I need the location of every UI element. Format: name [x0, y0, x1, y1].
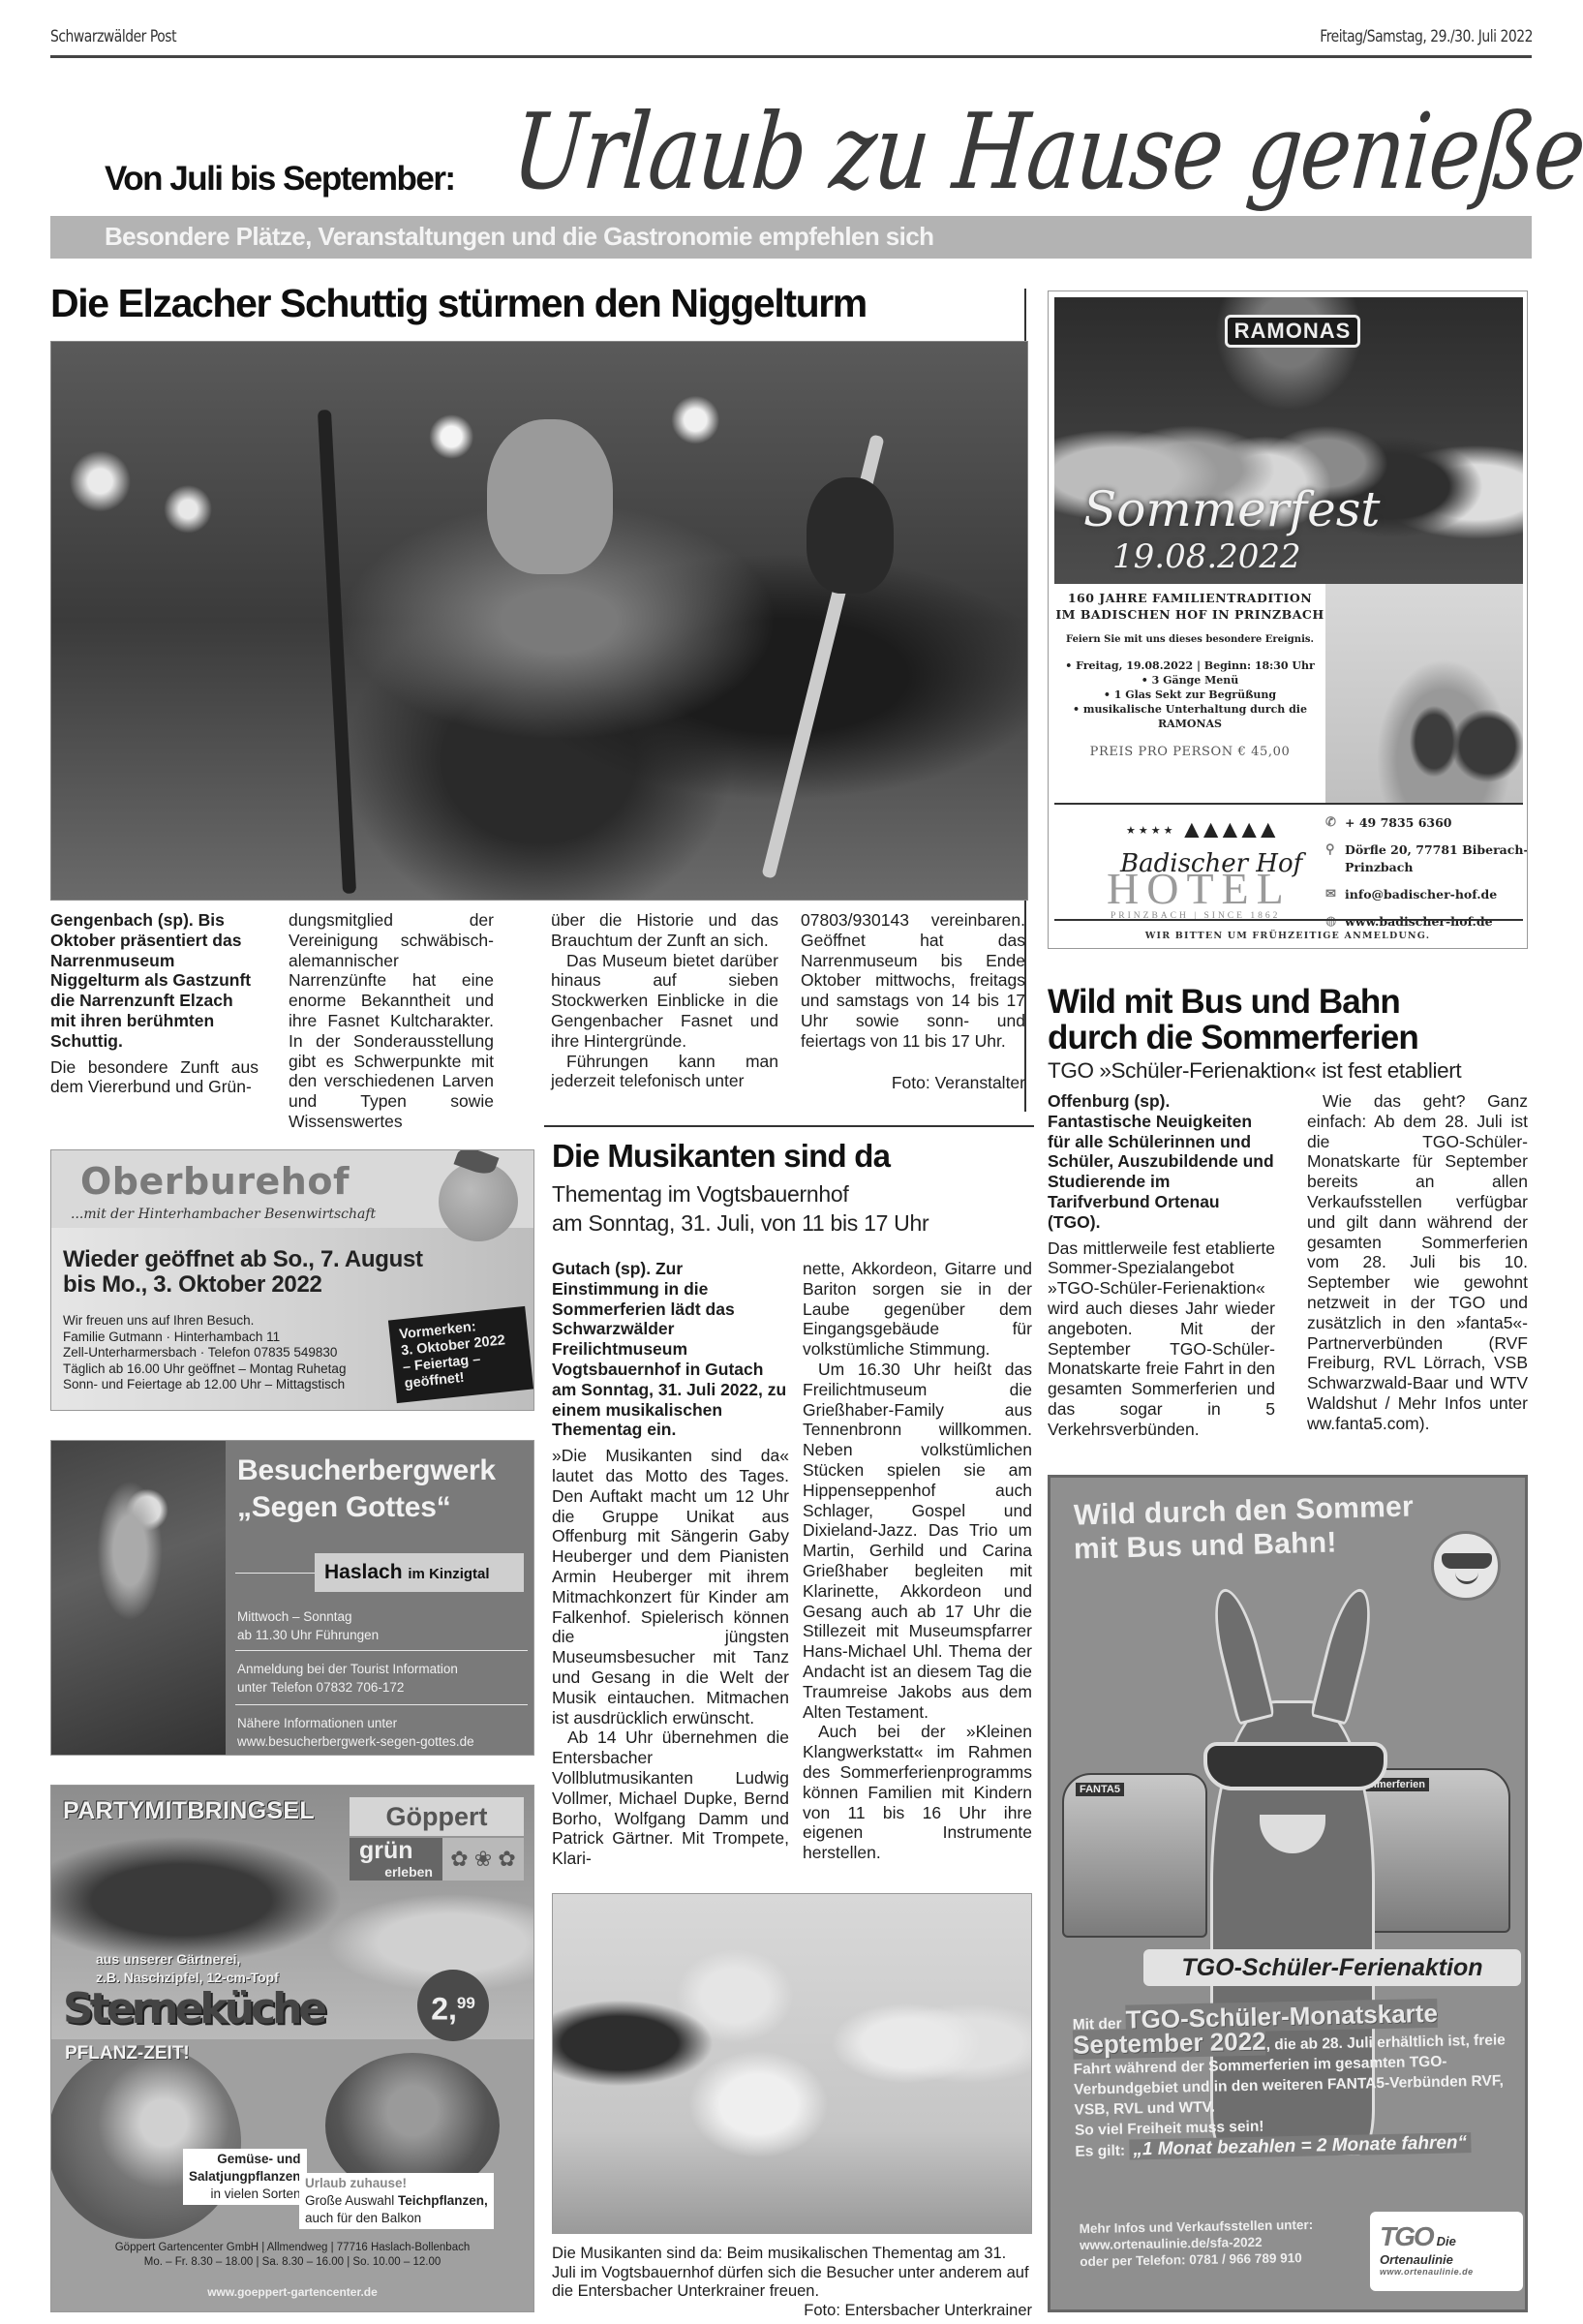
photo-credit: Foto: Entersbacher Unterkrainer [552, 2302, 1032, 2321]
tgo-column-1: Offenburg (sp). Fantastische Neuigkeiten… [1048, 1091, 1275, 1440]
musicians-photo [552, 1893, 1032, 2234]
bullet-item: • 3 Gänge Menü [1054, 673, 1325, 688]
tgo-ad-contact: Mehr Infos und Verkaufsstellen unter: ww… [1080, 2217, 1314, 2270]
goeppert-brand: Göppert [350, 1797, 524, 1836]
price-badge: 2,99 [417, 1970, 489, 2041]
event-script-title: Sommerfest [1083, 481, 1381, 537]
title-line: Besucherbergwerk [237, 1452, 496, 1489]
lead-body: 07803/930143 vereinbaren. Geöffnet hat d… [801, 910, 1025, 1052]
hotel-sommerfest-ad: RAMONAS Sommerfest 19.08.2022 160 JAHRE … [1048, 290, 1528, 949]
bullet-item: • Freitag, 19.08.2022 | Beginn: 18:30 Uh… [1054, 658, 1325, 673]
tgo-body: Das mittlerweile fest etablierte Sommer-… [1048, 1238, 1275, 1440]
bullet-item: • musikalische Unterhaltung durch die RA… [1054, 702, 1325, 731]
mine-visitors-photo [51, 1441, 226, 1755]
hotel-website[interactable]: www.badischer-hof.de [1345, 913, 1493, 931]
photo-credit: Foto: Veranstalter [801, 1073, 1025, 1093]
invite-text: Feiern Sie mit uns dieses besondere Erei… [1054, 634, 1325, 645]
september-highlight: September 2022 [1073, 2027, 1266, 2060]
lead-body: über die Historie und das Brauchtum der … [551, 910, 778, 951]
opening-line: Wieder geöffnet ab So., 7. August [63, 1247, 423, 1272]
llama-mouth [1260, 1815, 1325, 1853]
contact-phone[interactable]: oder per Telefon: 0781 / 966 789 910 [1080, 2249, 1314, 2270]
tgo-headline: Wild mit Bus und Bahn durch die Sommerfe… [1048, 984, 1418, 1055]
event-details: 160 JAHRE FAMILIENTRADITION IM BADISCHEN… [1054, 584, 1325, 759]
info-line: Zell-Unterharmersbach · Telefon 07835 54… [63, 1345, 346, 1361]
hotel-address: Dörfle 20, 77781 Biberach-Prinzbach [1345, 841, 1528, 876]
hotel-email[interactable]: info@badischer-hof.de [1345, 886, 1497, 903]
bullet-item: • 1 Glas Sekt zur Begrüßung [1054, 688, 1325, 702]
logo-url[interactable]: www.ortenaulinie.de [1380, 2267, 1513, 2277]
info-line: Nähere Informationen unter [237, 1714, 474, 1732]
hotel-contact: ✆+ 49 7835 6360 ⚲Dörfle 20, 77781 Bibera… [1325, 814, 1528, 940]
musicians-caption: Die Musikanten sind da: Beim musikalisch… [552, 2245, 1032, 2320]
box-line: auch für den Balkon [305, 2210, 488, 2227]
booking-line: Anmeldung bei der Tourist Information [237, 1660, 458, 1678]
tgo-headline-line: durch die Sommerferien [1048, 1020, 1418, 1055]
lead-body: dungsmitglied der Vereinigung schwäbisch… [289, 910, 494, 1132]
hotel-footer-note: WIR BITTEN UM FRÜHZEITIGE ANMELDUNG. [1049, 931, 1527, 941]
sun-with-sunglasses-icon [1431, 1531, 1501, 1601]
info-line: Sonn- und Feiertage ab 12.00 Uhr – Mitta… [63, 1377, 346, 1393]
ad-separator [1054, 919, 1523, 921]
info-line: Familie Gutmann · Hinterhambach 11 [63, 1330, 346, 1346]
offer-line: aus unserer Gärtnerei, [96, 1950, 279, 1969]
goeppert-address: Göppert Gartencenter GmbH | Allmendweg |… [51, 2241, 533, 2270]
lead-lede: Gengenbach (sp). Bis Oktober präsentiert… [50, 910, 259, 1052]
mask-shape [487, 419, 613, 574]
ramonas-logo: RAMONAS [1225, 315, 1360, 348]
tgo-lede: Offenburg (sp). Fantastische Neuigkeiten… [1048, 1091, 1275, 1233]
issue-date: Freitag/Samstag, 29./30. Juli 2022 [1320, 27, 1533, 46]
masthead-rule [50, 55, 1532, 58]
opening-dates: Wieder geöffnet ab So., 7. August bis Mo… [63, 1247, 423, 1298]
lead-headline: Die Elzacher Schuttig stürmen den Niggel… [50, 281, 867, 326]
trees-icon: ▲▲▲▲▲ [1179, 814, 1275, 844]
info-line: Täglich ab 16.00 Uhr geöffnet – Montag R… [63, 1361, 346, 1378]
lead-column-3: über die Historie und das Brauchtum der … [551, 910, 778, 1091]
apple-icon [439, 1162, 518, 1241]
pflanz-zeit-heading: PFLANZ-ZEIT! [65, 2043, 190, 2064]
event-date: 19.08.2022 [1112, 537, 1301, 576]
logo-ortenaulinie: Ortenaulinie [1380, 2252, 1513, 2267]
divider-line [235, 1704, 528, 1705]
goeppert-url[interactable]: www.goeppert-gartencenter.de [51, 2285, 533, 2299]
tgo-ad-body: Mit der TGO-Schüler-Monatskarte Septembe… [1072, 2002, 1510, 2161]
party-heading: PARTYMITBRINGSEL [63, 1797, 315, 1825]
location-main: Haslach [324, 1561, 403, 1583]
section-subtitle-band: Besondere Plätze, Veranstaltungen und di… [50, 216, 1532, 259]
price-cents: 99 [457, 1994, 475, 2012]
llama-ear [1310, 1584, 1381, 1726]
musikanten-body: Um 16.30 Uhr heißt das Freilichtmuseum d… [803, 1360, 1032, 1722]
bergwerk-location: Haslach im Kinzigtal [315, 1553, 524, 1592]
musikanten-lede: Gutach (sp). Zur Einstimmung in die Somm… [552, 1259, 789, 1440]
lead-photo [50, 341, 1028, 901]
title-line: „Segen Gottes“ [237, 1489, 496, 1526]
musikanten-subhead: Thementag im Vogtsbauernhof am Sonntag, … [552, 1179, 928, 1238]
bergwerk-booking: Anmeldung bei der Tourist Information un… [237, 1660, 458, 1697]
tgo-ad-headline: Wild durch den Sommer [1074, 1490, 1415, 1532]
box-line: in vielen Sorten [189, 2186, 301, 2203]
lead-column-1: Gengenbach (sp). Bis Oktober präsentiert… [50, 910, 259, 1097]
tgo-logo-text: TGO [1380, 2221, 1433, 2251]
hours-line: Mo. – Fr. 8.30 – 18.00 | Sa. 8.30 – 16.0… [51, 2255, 533, 2270]
tradition-line: IM BADISCHEN HOF IN PRINZBACH [1054, 606, 1325, 623]
musikanten-body: Auch bei der »Kleinen Klangwerkstatt« im… [803, 1722, 1032, 1863]
musikanten-column-2: nette, Akkordeon, Gitarre und Bariton so… [803, 1259, 1032, 1863]
vormerken-stamp: Vormerken: 3. Oktober 2022 – Feiertag – … [388, 1306, 533, 1403]
ferienaktion-banner: TGO-Schüler-Ferienaktion [1143, 1949, 1521, 1986]
globe-icon: ◍ [1325, 913, 1339, 931]
logo-die: Die [1437, 2234, 1456, 2248]
sunglasses-icon [1442, 1553, 1492, 1569]
booking-line: unter Telefon 07832 706-172 [237, 1678, 458, 1697]
musikanten-body: Ab 14 Uhr übernehmen die Entersbacher Vo… [552, 1728, 789, 1869]
price-main: 2, [431, 1992, 457, 2027]
lead-body: Führungen kann man jederzeit telefonisch… [551, 1052, 778, 1092]
gruen-erleben-logo: grün erleben [350, 1838, 442, 1881]
tgo-ferienaktion-ad: Wild durch den Sommer mit Bus und Bahn! … [1048, 1475, 1528, 2312]
es-gilt-label: Es gilt: [1075, 2143, 1125, 2160]
ad-separator [1054, 803, 1523, 805]
hotel-phone[interactable]: + 49 7835 6360 [1345, 814, 1452, 832]
oberburehof-brand: Oberburehof [80, 1160, 350, 1203]
section-kicker: Von Juli bis September: [105, 160, 455, 199]
subhead-line: Thementag im Vogtsbauernhof [552, 1179, 928, 1208]
divider-line [235, 1573, 315, 1574]
garden-offer: aus unserer Gärtnerei, z.B. Naschzipfel,… [96, 1950, 279, 1987]
smile-icon [1455, 1573, 1478, 1584]
vegetable-plants-box: Gemüse- und Salatjungpflanzen in vielen … [183, 2149, 307, 2205]
section-divider [544, 1125, 1034, 1127]
hotel-logo: ★★★★ ▲▲▲▲▲ Badischer Hof HOTEL PRINZBACH… [1078, 814, 1310, 921]
box-line: Gemüse- und [189, 2151, 301, 2168]
lead-body: Das Museum bietet darüber hinaus auf sie… [551, 951, 778, 1052]
opening-line: bis Mo., 3. Oktober 2022 [63, 1272, 423, 1298]
oberburehof-ad: Oberburehof ...mit der Hinterhambacher B… [50, 1149, 534, 1411]
hours-line: Mittwoch – Sonntag [237, 1607, 379, 1626]
bergwerk-more-info: Nähere Informationen unter www.besucherb… [237, 1714, 474, 1751]
star-rating-icon: ★★★★ [1126, 824, 1175, 837]
llama-ear [1205, 1584, 1276, 1726]
musikanten-column-1: Gutach (sp). Zur Einstimmung in die Somm… [552, 1259, 789, 1869]
subhead-line: am Sonntag, 31. Juli, von 11 bis 17 Uhr [552, 1208, 928, 1238]
tram-destination: FANTA5 [1076, 1783, 1124, 1796]
bergwerk-url[interactable]: www.besucherbergwerk-segen-gottes.de [237, 1732, 474, 1751]
lead-column-2: dungsmitglied der Vereinigung schwäbisch… [289, 910, 494, 1132]
erleben-text: erleben [359, 1861, 433, 1882]
tgo-ad-headline: mit Bus und Bahn! [1074, 1526, 1338, 1566]
tgo-subhead: TGO »Schüler-Ferienaktion« ist fest etab… [1048, 1058, 1461, 1084]
lead-body: Die besondere Zunft aus dem Viererbund u… [50, 1057, 259, 1098]
lead-column-4: 07803/930143 vereinbaren. Geöffnet hat d… [801, 910, 1025, 1092]
price-per-person: PREIS PRO PERSON € 45,00 [1054, 745, 1325, 759]
tgo-column-2: Wie das geht? Ganz einfach: Ab dem 28. J… [1307, 1091, 1528, 1434]
hours-line: ab 11.30 Uhr Führungen [237, 1626, 379, 1644]
besucherbergwerk-ad: Besucherbergwerk „Segen Gottes“ Haslach … [50, 1440, 534, 1756]
flowers-icon: ✿ ❀ ✿ [442, 1838, 524, 1881]
goeppert-gartencenter-ad: PARTYMITBRINGSEL Göppert grün erleben ✿ … [50, 1785, 534, 2312]
sunglasses-icon [1203, 1742, 1387, 1790]
box-line: Große Auswahl [305, 2193, 398, 2208]
location-pin-icon: ⚲ [1325, 841, 1339, 859]
food-photo [1325, 584, 1523, 803]
tgo-body: Wie das geht? Ganz einfach: Ab dem 28. J… [1307, 1091, 1528, 1434]
mail-icon: ✉ [1325, 886, 1339, 903]
section-script-title: Urlaub zu Hause genießen [508, 92, 1583, 213]
bergwerk-hours: Mittwoch – Sonntag ab 11.30 Uhr Führunge… [237, 1607, 379, 1644]
tram-image: FANTA5 [1062, 1773, 1207, 1938]
gardener-photo [50, 2045, 241, 2239]
box-heading: Urlaub zuhause! [305, 2175, 488, 2192]
musikanten-body: »Die Musikanten sind da« lautet das Mott… [552, 1446, 789, 1728]
section-subtitle: Besondere Plätze, Veranstaltungen und di… [105, 222, 933, 252]
caption-text: Die Musikanten sind da: Beim musikalisch… [552, 2245, 1032, 2302]
ortenaulinie-logo: TGODie Ortenaulinie www.ortenaulinie.de [1370, 2212, 1523, 2291]
tgo-headline-line: Wild mit Bus und Bahn [1048, 984, 1418, 1020]
info-line: Wir freuen uns auf Ihren Besuch. [63, 1313, 346, 1330]
tradition-line: 160 JAHRE FAMILIENTRADITION [1054, 590, 1325, 606]
publication-name: Schwarzwälder Post [50, 27, 176, 46]
freedom-line: So viel Freiheit muss sein! [1075, 2119, 1264, 2139]
mask-shape [807, 477, 894, 594]
phone-icon: ✆ [1325, 814, 1339, 832]
gruen-text: grün [359, 1837, 413, 1864]
musikanten-headline: Die Musikanten sind da [552, 1138, 890, 1175]
torch-icon [318, 410, 356, 894]
box-line: Salatjungpflanzen [189, 2168, 301, 2186]
event-bullets: • Freitag, 19.08.2022 | Beginn: 18:30 Uh… [1054, 658, 1325, 731]
hotel-logo-script: Badischer Hof [1120, 849, 1302, 878]
location-sub: im Kinzigtal [408, 1566, 489, 1582]
address-line: Göppert Gartencenter GmbH | Allmendweg |… [51, 2241, 533, 2255]
pond-plants-box: Urlaub zuhause! Große Auswahl Teichpflan… [299, 2173, 494, 2229]
oberburehof-tagline: ...mit der Hinterhambacher Besenwirtscha… [71, 1207, 376, 1222]
sternekueche-sign: Sterneküche [63, 1984, 323, 2033]
musikanten-body: nette, Akkordeon, Gitarre und Bariton so… [803, 1259, 1032, 1360]
divider-line [235, 1650, 528, 1651]
box-line-bold: Teichpflanzen, [398, 2193, 488, 2208]
bergwerk-title: Besucherbergwerk „Segen Gottes“ [237, 1452, 496, 1526]
oberburehof-info: Wir freuen uns auf Ihren Besuch. Familie… [63, 1313, 346, 1393]
band-photo: RAMONAS Sommerfest 19.08.2022 [1054, 297, 1523, 584]
